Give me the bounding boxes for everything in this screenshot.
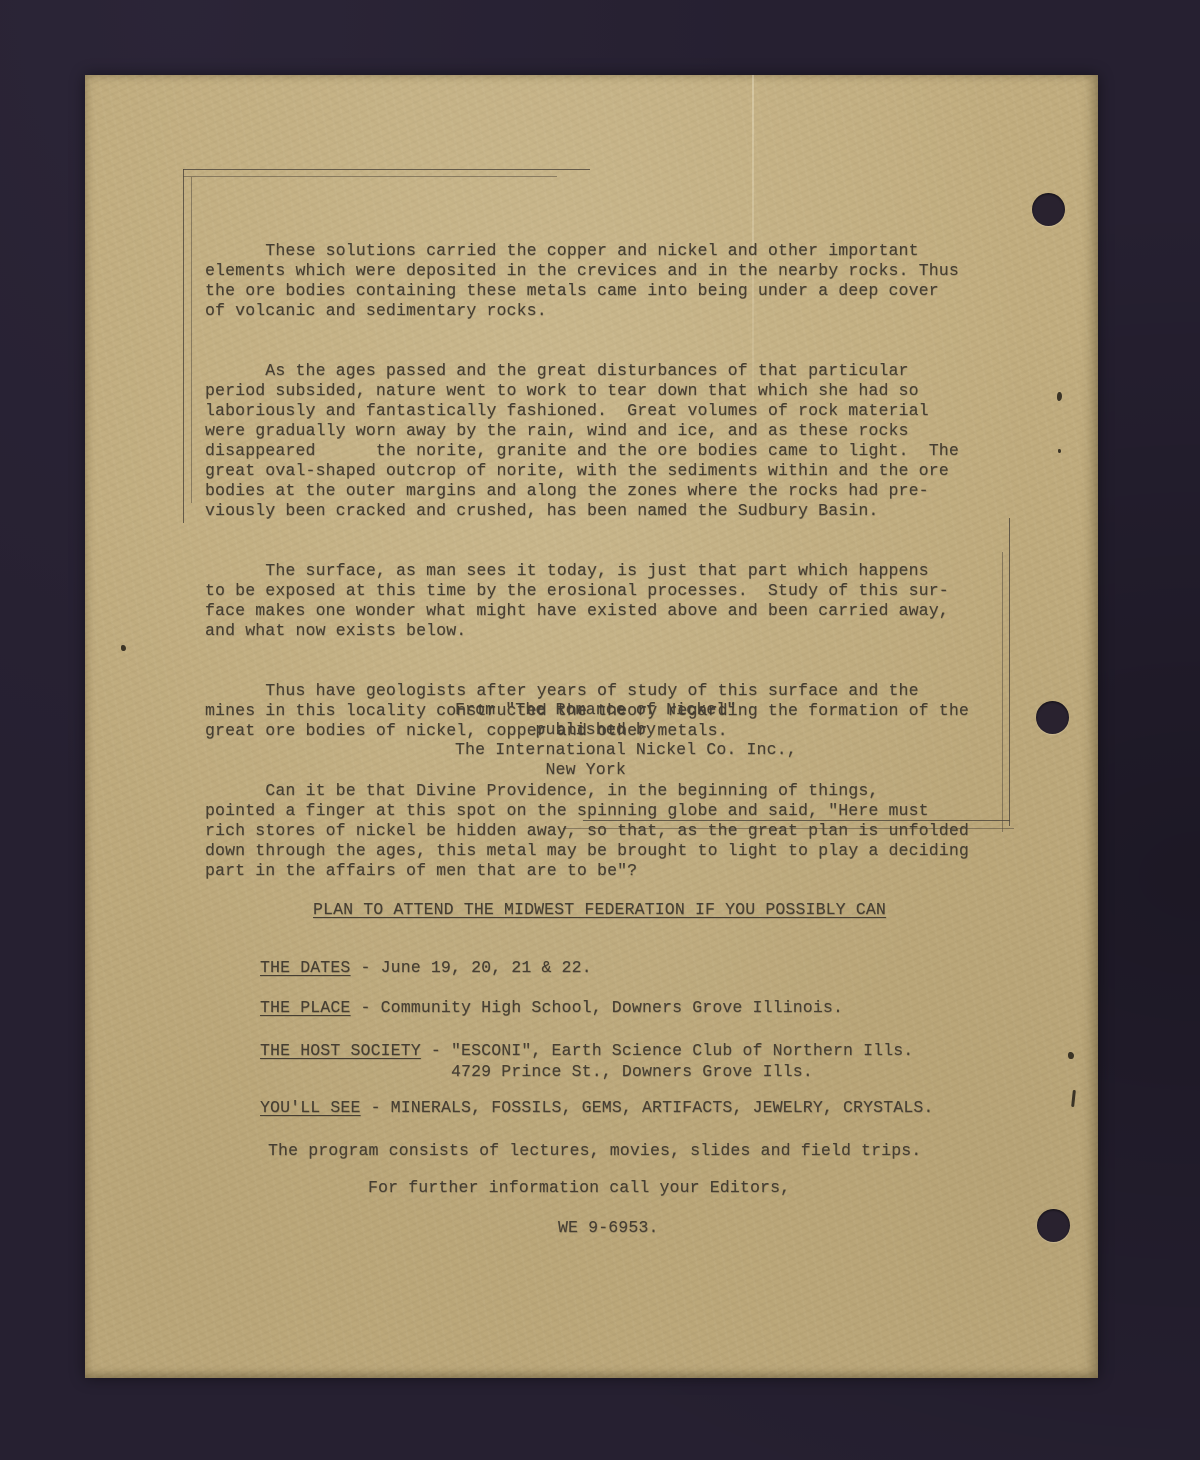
announcement-note-contact: For further information call your Editor… <box>368 1178 790 1198</box>
paper-speck <box>1071 1090 1076 1107</box>
item-text: - MINERALS, FOSSILS, GEMS, ARTIFACTS, JE… <box>361 1098 934 1117</box>
punch-hole-bottom <box>1037 1209 1070 1242</box>
document-page: These solutions carried the copper and n… <box>85 75 1098 1378</box>
item-text: - Community High School, Downers Grove I… <box>350 998 843 1017</box>
announcement-heading: PLAN TO ATTEND THE MIDWEST FEDERATION IF… <box>313 900 886 920</box>
typed-border-top-line-1 <box>183 169 590 170</box>
item-label: YOU'LL SEE <box>260 1098 361 1117</box>
paper-speck <box>1057 392 1062 401</box>
punch-hole-top <box>1032 193 1065 226</box>
paper-speck <box>1058 449 1061 453</box>
announcement-note-phone: WE 9-6953. <box>558 1218 659 1238</box>
item-label: THE PLACE <box>260 998 350 1017</box>
article-body: These solutions carried the copper and n… <box>205 201 969 921</box>
paper-speck <box>1068 1052 1074 1059</box>
body-paragraph: Can it be that Divine Providence, in the… <box>205 781 969 881</box>
attribution-block: From "The Romance of Nickel" published b… <box>455 700 797 780</box>
item-text: - June 19, 20, 21 & 22. <box>350 958 591 977</box>
punch-hole-middle <box>1036 701 1069 734</box>
body-paragraph: The surface, as man sees it today, is ju… <box>205 561 969 641</box>
paper-speck <box>121 645 126 651</box>
typed-border-left-line-outer <box>183 169 184 523</box>
typed-border-top-line-2 <box>183 176 557 177</box>
announcement-item-dates: THE DATES - June 19, 20, 21 & 22. <box>260 958 592 978</box>
announcement-note-program: The program consists of lectures, movies… <box>268 1141 921 1161</box>
item-label: THE HOST SOCIETY <box>260 1041 421 1060</box>
typed-border-right-line-outer <box>1009 518 1010 826</box>
announcement-item-youll-see: YOU'LL SEE - MINERALS, FOSSILS, GEMS, AR… <box>260 1098 933 1118</box>
scan-background: These solutions carried the copper and n… <box>0 0 1200 1460</box>
body-paragraph: These solutions carried the copper and n… <box>205 241 969 321</box>
item-label: THE DATES <box>260 958 350 977</box>
typed-border-left-line-inner <box>191 177 192 503</box>
announcement-item-host-society: THE HOST SOCIETY - "ESCONI", Earth Scien… <box>260 1040 913 1082</box>
announcement-item-place: THE PLACE - Community High School, Downe… <box>260 998 843 1018</box>
body-paragraph: As the ages passed and the great disturb… <box>205 361 969 521</box>
typed-border-right-line-inner <box>1002 552 1003 832</box>
